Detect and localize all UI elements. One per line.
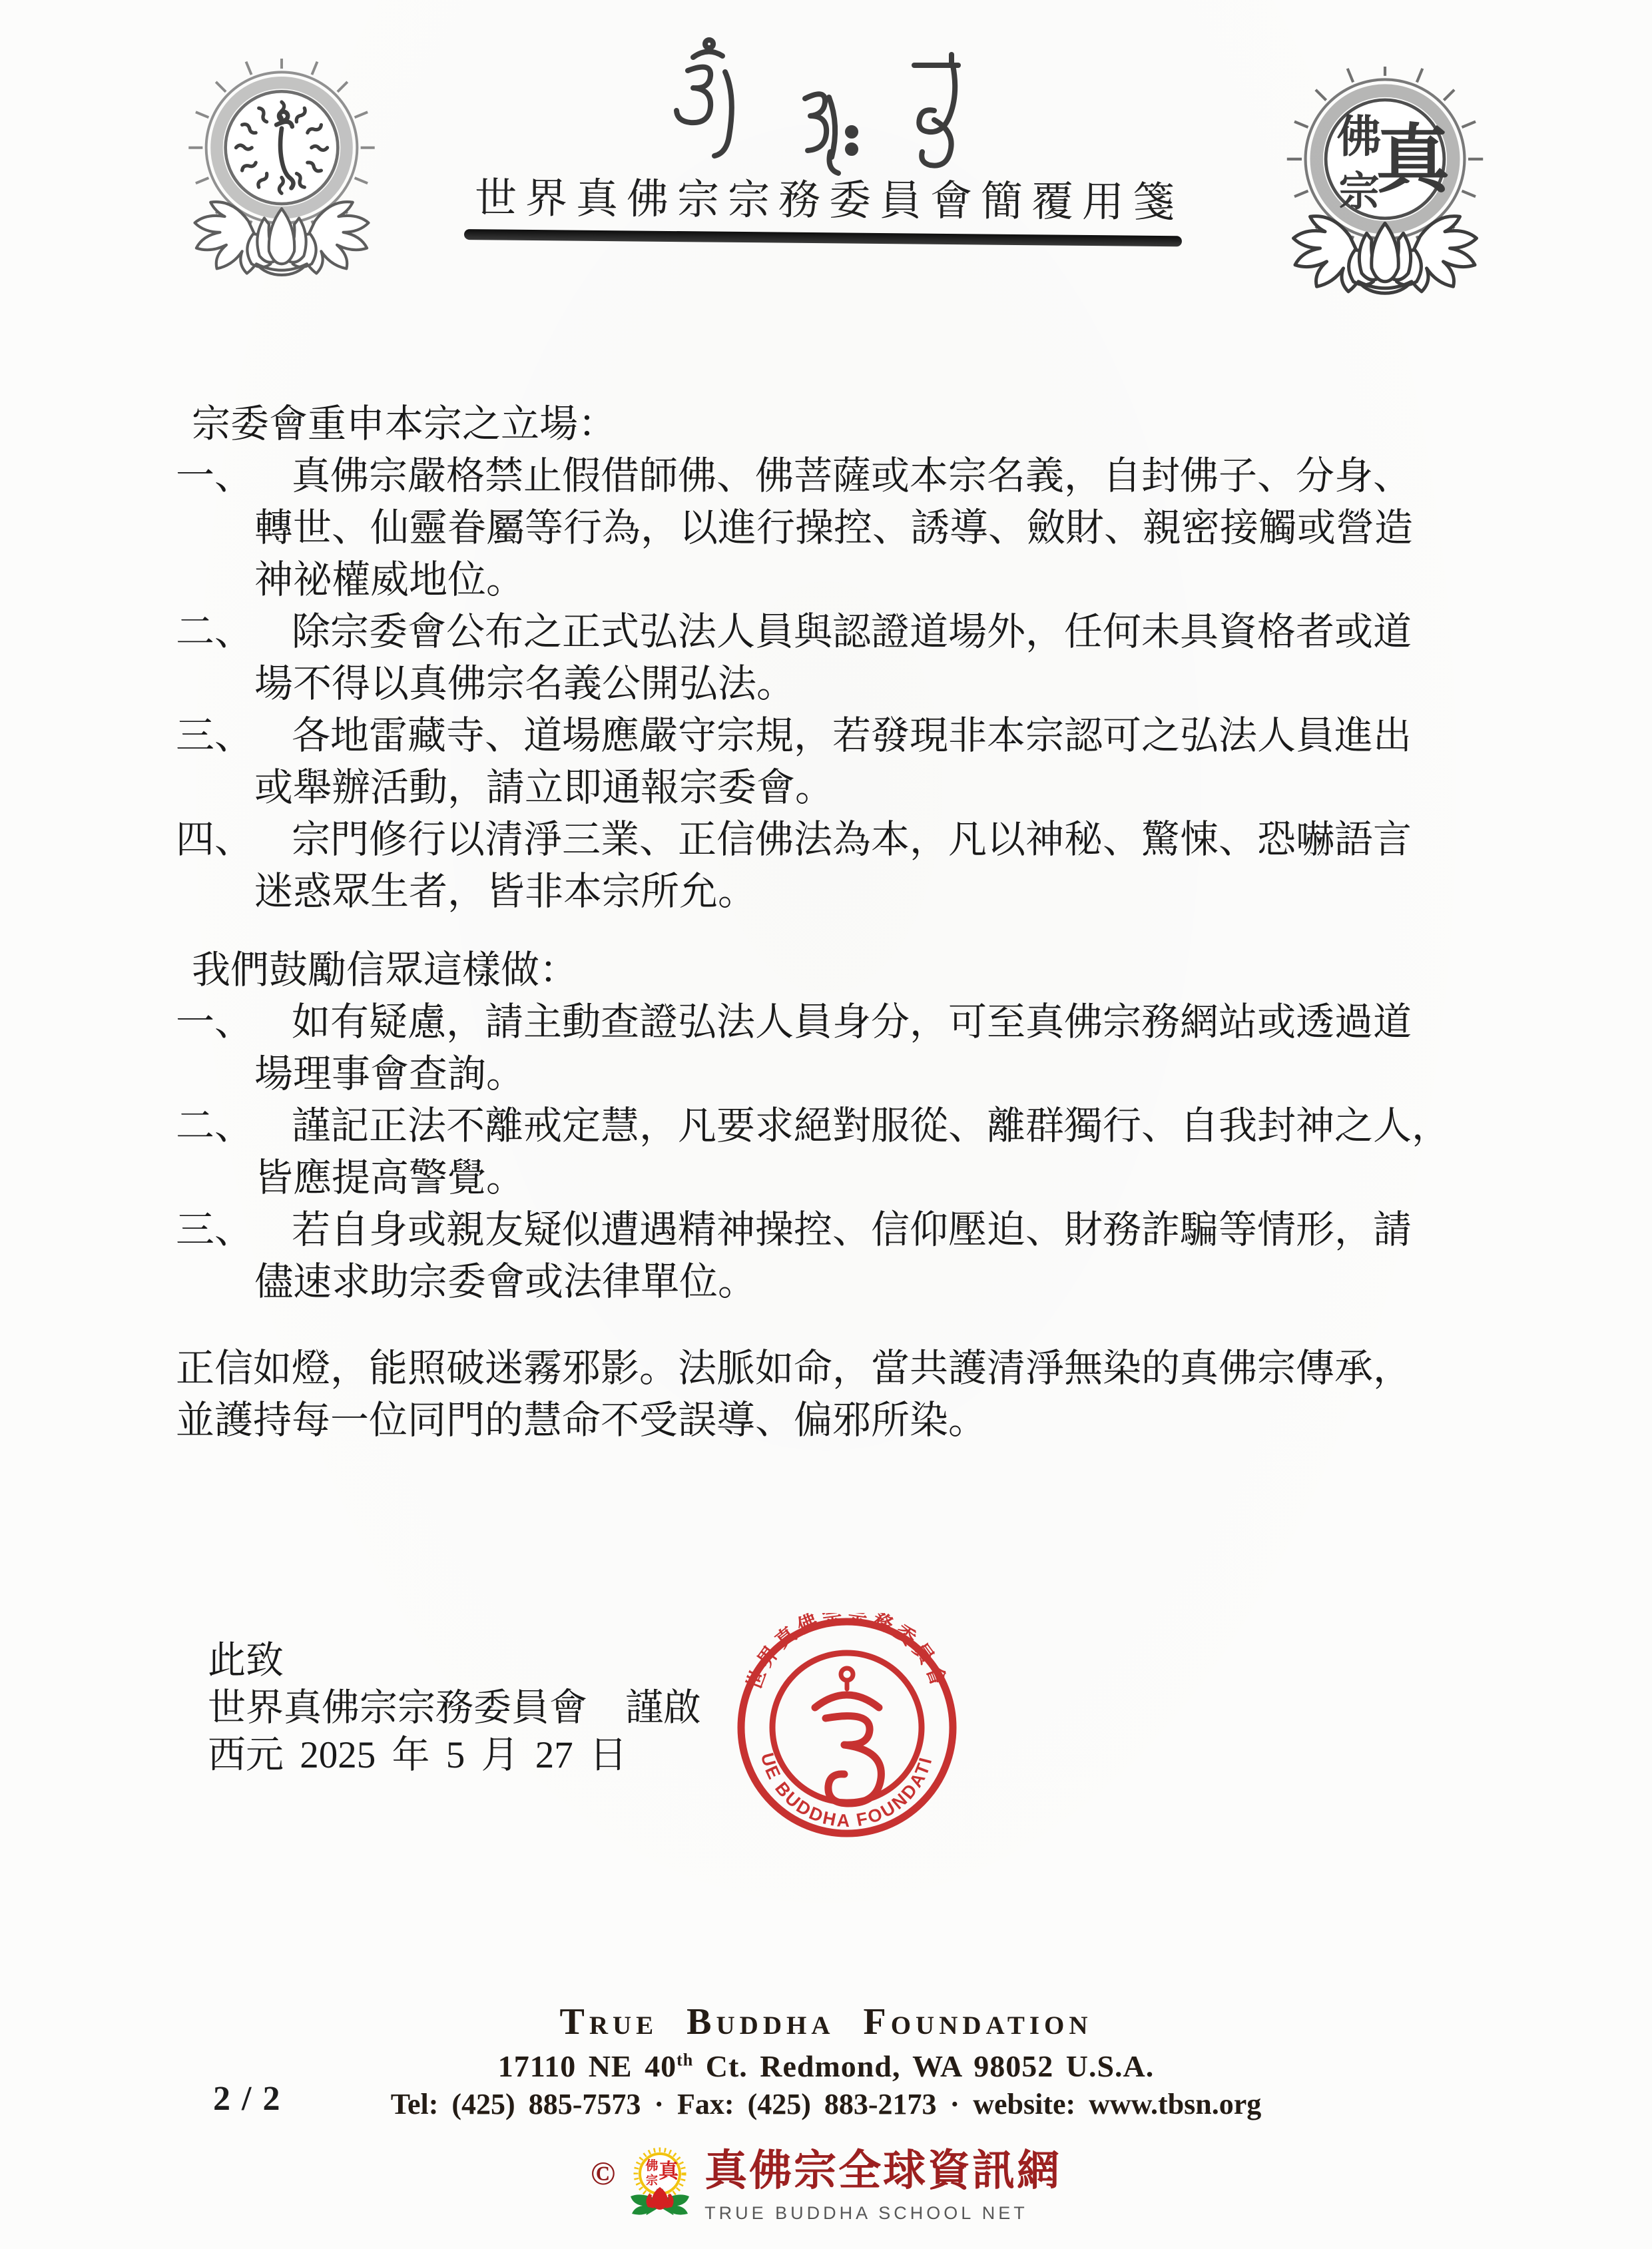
seed-syllable-hum-icon <box>914 55 958 166</box>
tbsn-name-chinese: 真佛宗全球資訊網 <box>704 2136 1061 2198</box>
seal-seed-syllable-icon <box>815 1668 881 1803</box>
list-item-line: 皆應提高警覺。 <box>254 1152 1498 1204</box>
signature-line: 世界真佛宗宗務委員會 謹啟 <box>208 1684 701 1732</box>
lotus-icon <box>631 2187 689 2215</box>
tbsn-name-english: TRUE BUDDHA SCHOOL NET <box>704 2203 1028 2224</box>
lotus-icon <box>1294 216 1477 294</box>
emblem-char-zhen: 真 <box>1376 120 1452 202</box>
list-item: 二、 除宗委會公布之正式弘法人員與認證道場外，任何未具資格者或道 場不得以真佛宗… <box>176 606 1498 710</box>
section-heading: 宗委會重申本宗之立場： <box>176 398 1498 450</box>
encouragement-section: 我們鼓勵信眾這樣做： 一、 如有疑慮，請主動查證弘法人員身分，可至真佛宗務網站或… <box>176 944 1498 1308</box>
paragraph-line: 並護持每一位同門的慧命不受誤導、偏邪所染。 <box>176 1395 1498 1446</box>
list-item-line: 各地雷藏寺、道場應嚴守宗規，若發現非本宗認可之弘法人員進出 <box>292 710 1498 762</box>
emblem-char-fo: 佛 <box>1337 113 1382 162</box>
date-line: 西元 2025 年 5 月 27 日 <box>208 1732 701 1779</box>
list-item-number: 一、 <box>176 996 253 1048</box>
list-item-number: 二、 <box>176 1100 253 1152</box>
list-item-line: 儘速求助宗委會或法律單位。 <box>254 1256 1498 1308</box>
tbsn-logo: © 佛 真 宗 真佛宗全球資訊網 TRUE BUDDHA SCHOOL NET <box>0 2136 1652 2224</box>
list-item-number: 三、 <box>176 1204 253 1256</box>
copyright-icon: © <box>591 2154 615 2192</box>
list-item-line: 如有疑慮，請主動查證弘法人員身分，可至真佛宗務網站或透過道 <box>292 996 1498 1048</box>
title-underline-rule <box>464 229 1182 246</box>
list-item-line: 或舉辦活動，請立即通報宗委會。 <box>254 762 1498 814</box>
address-part: 17110 NE 40 <box>498 2049 677 2083</box>
tbsn-emblem-icon: 佛 真 宗 <box>629 2144 691 2216</box>
paragraph-line: 正信如燈，能照破迷霧邪影。法脈如命，當共護清淨無染的真佛宗傳承， <box>176 1343 1498 1395</box>
emblem-char-zong: 宗 <box>1339 170 1380 214</box>
emblem-char-zhen: 真 <box>659 2160 679 2182</box>
section-heading: 我們鼓勵信眾這樣做： <box>176 944 1498 996</box>
list-item-line: 宗門修行以清淨三業、正信佛法為本，凡以神秘、驚悚、恐嚇語言 <box>292 814 1498 866</box>
list-item-number: 二、 <box>176 606 253 658</box>
list-item: 四、 宗門修行以清淨三業、正信佛法為本，凡以神秘、驚悚、恐嚇語言 迷惑眾生者，皆… <box>176 814 1498 918</box>
list-item-line: 若自身或親友疑似遭遇精神操控、信仰壓迫、財務詐騙等情形，請 <box>292 1204 1498 1256</box>
list-item: 二、 謹記正法不離戒定慧，凡要求絕對服從、離群獨行、自我封神之人， 皆應提高警覺… <box>176 1100 1498 1204</box>
list-item-line: 場理事會查詢。 <box>254 1048 1498 1100</box>
page-number: 2 / 2 <box>213 2079 280 2118</box>
list-item-line: 神祕權威地位。 <box>254 554 1498 606</box>
true-buddha-foundation-seal: 世界真佛宗宗務委員會 TRUE BUDDHA FOUNDATION <box>732 1613 962 1842</box>
scanned-letter-page: 世界真佛宗宗務委員會簡覆用箋 佛 真 宗 宗委會重申本宗之立場： 一、 真佛宗嚴… <box>0 0 1652 2249</box>
position-statement-section: 宗委會重申本宗之立場： 一、 真佛宗嚴格禁止假借師佛、佛菩薩或本宗名義，自封佛子… <box>176 398 1498 918</box>
document-title: 世界真佛宗宗務委員會簡覆用箋 <box>436 164 1223 229</box>
lotus-mantra-wheel-emblem-icon <box>185 59 378 282</box>
list-item: 三、 各地雷藏寺、道場應嚴守宗規，若發現非本宗認可之弘法人員進出 或舉辦活動，請… <box>176 710 1498 814</box>
true-buddha-school-emblem-icon: 佛 真 宗 <box>1282 67 1488 300</box>
seed-syllable-om-icon <box>677 40 732 156</box>
seed-syllable-ah-icon <box>805 94 856 173</box>
list-item: 一、 真佛宗嚴格禁止假借師佛、佛菩薩或本宗名義，自封佛子、分身、 轉世、仙靈眷屬… <box>176 450 1498 606</box>
closing-paragraph: 正信如燈，能照破迷霧邪影。法脈如命，當共護清淨無染的真佛宗傳承， 並護持每一位同… <box>176 1343 1498 1446</box>
list-item-number: 四、 <box>176 814 253 866</box>
list-item-number: 一、 <box>176 450 253 502</box>
list-item-line: 迷惑眾生者，皆非本宗所允。 <box>254 866 1498 918</box>
address-part: Ct. Redmond, WA 98052 U.S.A. <box>693 2049 1154 2083</box>
lotus-icon <box>195 202 369 275</box>
list-item-line: 真佛宗嚴格禁止假借師佛、佛菩薩或本宗名義，自封佛子、分身、 <box>292 450 1498 502</box>
list-item-number: 三、 <box>176 710 253 762</box>
address-ordinal-suffix: th <box>677 2051 693 2070</box>
list-item-line: 場不得以真佛宗名義公開弘法。 <box>254 658 1498 710</box>
list-item-line: 謹記正法不離戒定慧，凡要求絕對服從、離群獨行、自我封神之人， <box>292 1100 1498 1152</box>
list-item-line: 除宗委會公布之正式弘法人員與認證道場外，任何未具資格者或道 <box>292 606 1498 658</box>
footer-org-name: True Buddha Foundation <box>0 2001 1652 2043</box>
list-item: 三、 若自身或親友疑似遭遇精神操控、信仰壓迫、財務詐騙等情形，請 儘速求助宗委會… <box>176 1204 1498 1308</box>
emblem-char-fo: 佛 <box>645 2158 659 2173</box>
list-item-line: 轉世、仙靈眷屬等行為，以進行操控、誘導、斂財、親密接觸或營造 <box>254 502 1498 554</box>
salutation: 此致 <box>208 1637 701 1684</box>
emblem-char-zong: 宗 <box>646 2173 658 2187</box>
list-item: 一、 如有疑慮，請主動查證弘法人員身分，可至真佛宗務網站或透過道 場理事會查詢。 <box>176 996 1498 1100</box>
signoff-block: 此致 世界真佛宗宗務委員會 謹啟 西元 2025 年 5 月 27 日 <box>208 1637 701 1779</box>
